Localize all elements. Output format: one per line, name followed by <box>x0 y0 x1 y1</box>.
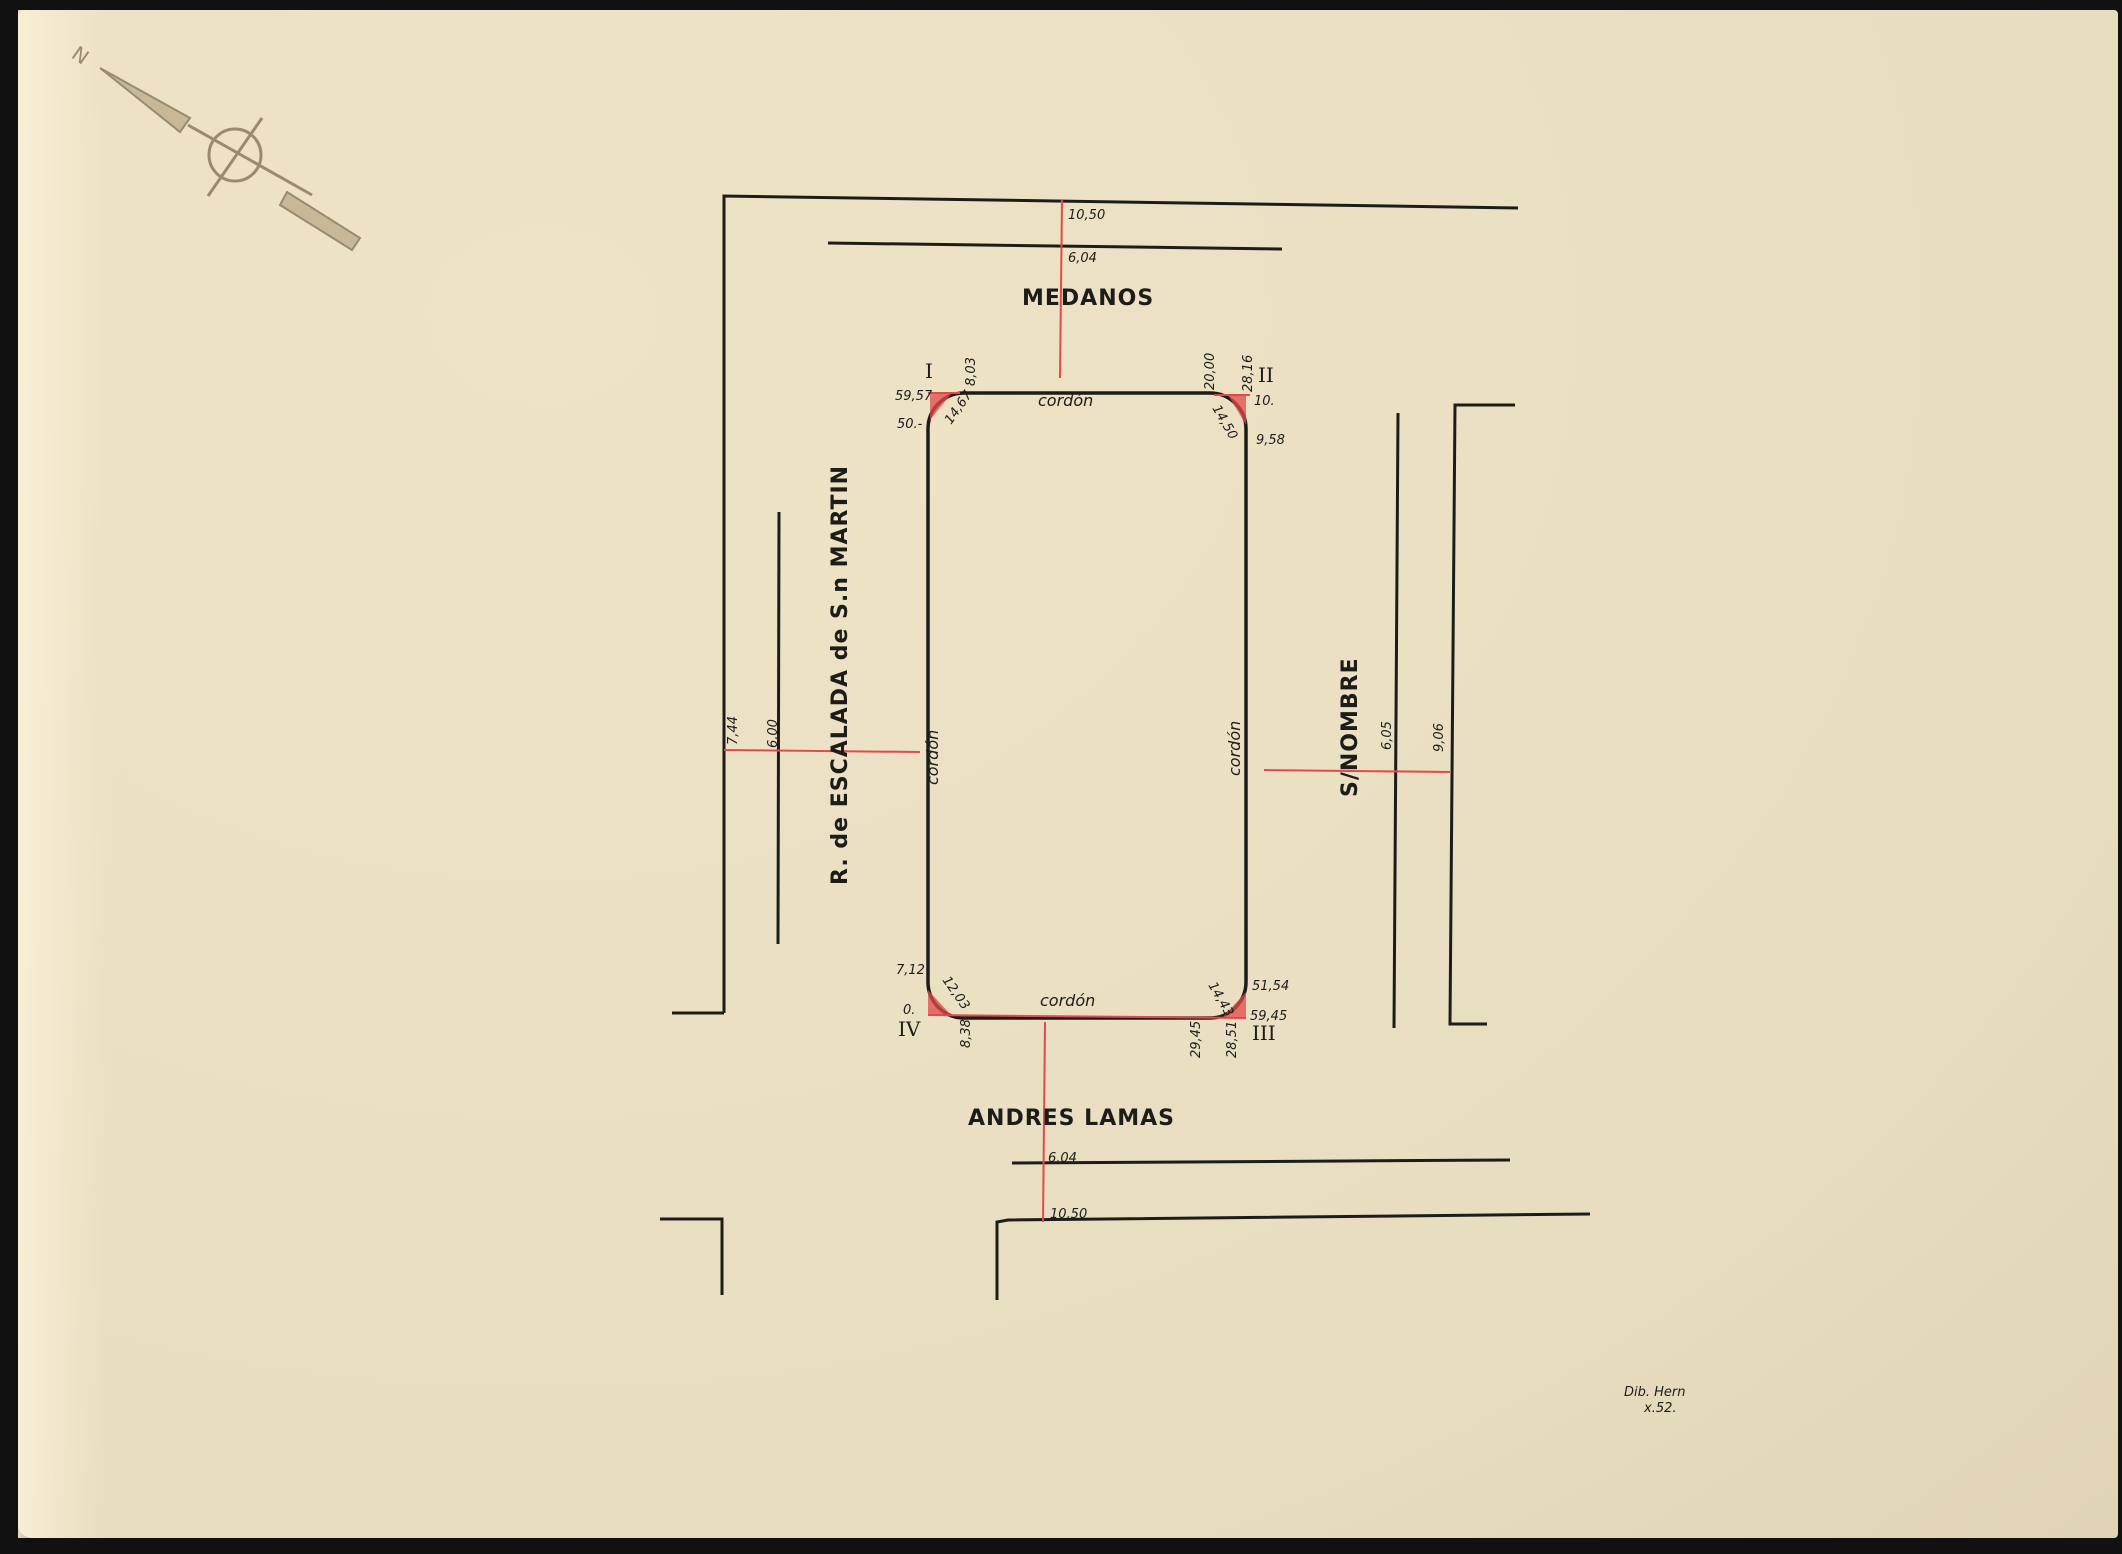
south-inner-width: 6,04 <box>1048 1151 1077 1166</box>
corner-ii-value: 20,00 <box>1203 353 1218 390</box>
street-name-west: R. de ESCALADA de S.n MARTIN <box>828 465 853 885</box>
curb-label-west: cordón <box>923 730 942 785</box>
corner-i-value: 59,57 <box>895 389 933 404</box>
corner-ii-value: 10. <box>1254 394 1275 409</box>
corner-iii-value: 29,45 <box>1189 1021 1204 1058</box>
north-label: N <box>67 41 93 69</box>
curb-label-east: cordón <box>1225 721 1244 776</box>
corner-i-label: I <box>925 359 933 383</box>
corner-iii-value: 59,45 <box>1250 1009 1287 1024</box>
corner-iii-label: III <box>1252 1021 1276 1045</box>
compass-rose-icon: N <box>67 41 360 250</box>
street-name-north: MEDANOS <box>1022 286 1154 311</box>
corner-iii-value: 51,54 <box>1252 979 1289 994</box>
street-name-south: ANDRES LAMAS <box>968 1106 1175 1131</box>
corner-i-value: 50.- <box>897 417 923 432</box>
corner-i-value: 8,03 <box>964 357 979 386</box>
city-block-outline <box>928 393 1246 1018</box>
corner-iv-value: 7,12 <box>896 963 925 978</box>
drawing-date: x.52. <box>1643 1401 1677 1416</box>
north-inner-width: 6,04 <box>1068 251 1097 266</box>
corner-ii-value: 28,16 <box>1241 355 1256 392</box>
curb-label-south: cordón <box>1040 991 1095 1010</box>
corner-iv-value: 8,38 <box>959 1019 974 1048</box>
corner-ii-value: 14,50 <box>1209 403 1241 443</box>
east-inner-width: 6,05 <box>1380 721 1395 750</box>
east-outer-width: 9,06 <box>1432 723 1447 752</box>
red-corner-marks <box>928 393 1246 1018</box>
street-lines <box>660 196 1590 1300</box>
corner-iv-value: 0. <box>903 1003 915 1018</box>
north-outer-width: 10,50 <box>1068 208 1105 223</box>
corner-iv-value: 12,03 <box>939 974 973 1013</box>
west-inner-width: 6,00 <box>766 719 781 748</box>
west-outer-width: 7,44 <box>726 716 741 745</box>
curb-label-north: cordón <box>1038 391 1093 410</box>
south-outer-width: 10,50 <box>1050 1207 1087 1222</box>
corner-iii-value: 14,43 <box>1205 980 1237 1020</box>
street-name-east: S/NOMBRE <box>1338 657 1363 797</box>
corner-ii-label: II <box>1258 363 1274 387</box>
corner-iv-label: IV <box>898 1017 921 1041</box>
corner-iii-value: 28,51 <box>1225 1021 1240 1058</box>
corner-ii-value: 9,58 <box>1256 433 1285 448</box>
block-plan: N M <box>0 0 2122 1554</box>
draftsman-signature: Dib. Hern <box>1624 1385 1686 1400</box>
